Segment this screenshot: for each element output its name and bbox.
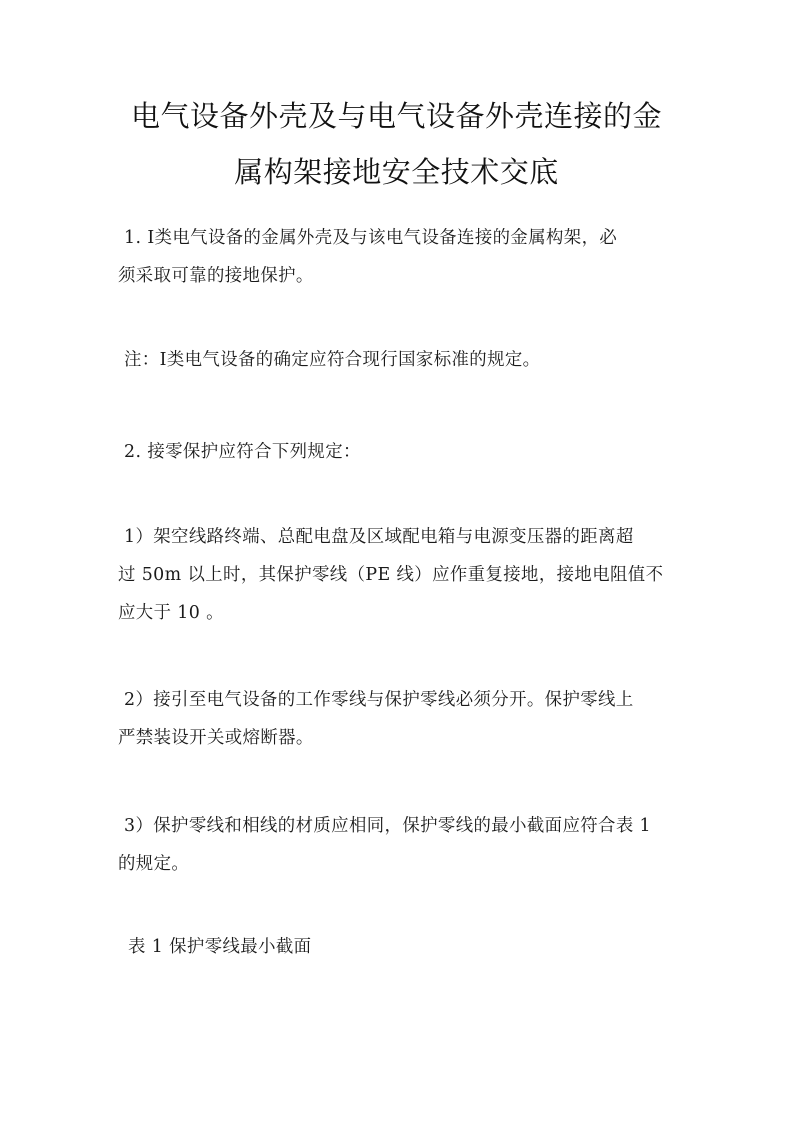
paragraph-line: 2）接引至电气设备的工作零线与保护零线必须分开。保护零线上	[118, 681, 680, 719]
document-page: 电气设备外壳及与电气设备外壳连接的金 属构架接地安全技术交底 1. Ⅰ类电气设备…	[0, 0, 793, 1122]
paragraph-item-1: 1. Ⅰ类电气设备的金属外壳及与该电气设备连接的金属构架，必 须采取可靠的接地保…	[118, 219, 680, 295]
paragraph-line: 2. 接零保护应符合下列规定：	[118, 433, 680, 471]
document-title-line-2: 属构架接地安全技术交底	[0, 154, 793, 190]
paragraph-item-2-2: 2）接引至电气设备的工作零线与保护零线必须分开。保护零线上 严禁装设开关或熔断器…	[118, 681, 680, 757]
paragraph-line: 3）保护零线和相线的材质应相同，保护零线的最小截面应符合表 1	[118, 807, 680, 845]
paragraph-line: 的规定。	[118, 845, 680, 883]
table-caption-text: 表 1 保护零线最小截面	[118, 928, 680, 966]
paragraph-note: 注：Ⅰ类电气设备的确定应符合现行国家标准的规定。	[118, 341, 680, 379]
paragraph-line: 1. Ⅰ类电气设备的金属外壳及与该电气设备连接的金属构架，必	[118, 219, 680, 257]
document-title-line-1: 电气设备外壳及与电气设备外壳连接的金	[0, 98, 793, 134]
paragraph-item-2-3: 3）保护零线和相线的材质应相同，保护零线的最小截面应符合表 1 的规定。	[118, 807, 680, 883]
table-caption: 表 1 保护零线最小截面	[118, 928, 680, 966]
paragraph-line: 严禁装设开关或熔断器。	[118, 719, 680, 757]
paragraph-line: 应大于 10 。	[118, 594, 680, 632]
paragraph-item-2-1: 1）架空线路终端、总配电盘及区域配电箱与电源变压器的距离超 过 50m 以上时，…	[118, 518, 680, 632]
paragraph-item-2: 2. 接零保护应符合下列规定：	[118, 433, 680, 471]
paragraph-line: 须采取可靠的接地保护。	[118, 257, 680, 295]
paragraph-line: 1）架空线路终端、总配电盘及区域配电箱与电源变压器的距离超	[118, 518, 680, 556]
paragraph-line: 过 50m 以上时，其保护零线（PE 线）应作重复接地，接地电阻值不	[118, 556, 680, 594]
paragraph-line: 注：Ⅰ类电气设备的确定应符合现行国家标准的规定。	[118, 341, 680, 379]
